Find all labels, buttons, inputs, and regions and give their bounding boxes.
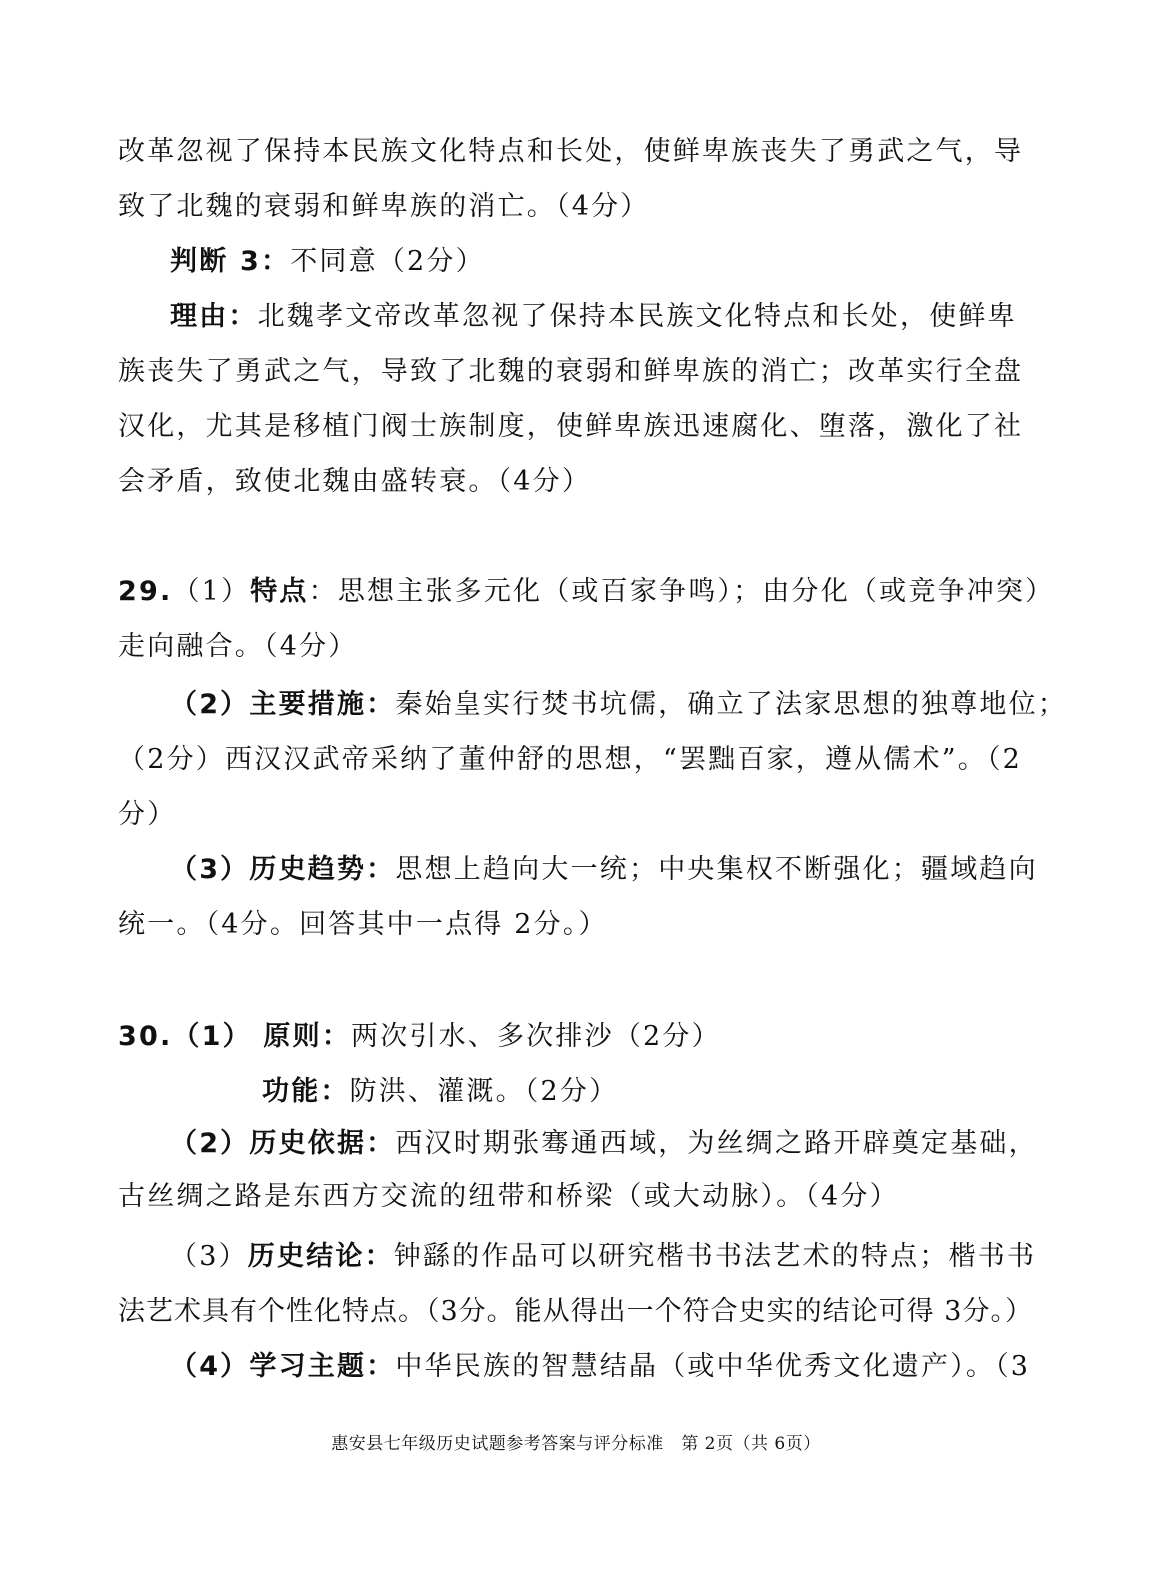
line-text: 秦始皇实行焚书坑儒，确立了法家思想的独尊地位；: [395, 689, 1067, 720]
text-line: 统一。（4分。回答其中一点得 2分。）: [118, 908, 608, 942]
text-line: 汉化，尤其是移植门阀士族制度，使鲜卑族迅速腐化、堕落，激化了社: [118, 410, 1023, 444]
bold-label: 判断 3：: [170, 246, 290, 277]
question-30-2: （2）历史依据：西汉时期张骞通西域，为丝绸之路开辟奠定基础，: [170, 1127, 1038, 1161]
line-text: 西汉时期张骞通西域，为丝绸之路开辟奠定基础，: [395, 1128, 1037, 1159]
bold-label: 历史结论：: [248, 1241, 394, 1272]
line-text: 族丧失了勇武之气，导致了北魏的衰弱和鲜卑族的消亡；改革实行全盘: [118, 356, 1023, 387]
judgement-3: 判断 3：不同意（2分）: [170, 245, 485, 279]
question-number: 29.: [118, 576, 172, 607]
function-line: 功能：防洪、灌溉。（2分）: [262, 1075, 618, 1109]
question-30-4: （4）学习主题：中华民族的智慧结晶（或中华优秀文化遗产）。（3: [170, 1350, 1030, 1384]
text-line: 古丝绸之路是东西方交流的纽带和桥梁（或大动脉）。（4分）: [118, 1180, 899, 1214]
bold-label: 功能：: [262, 1076, 350, 1107]
text-line: 法艺术具有个性化特点。（3分。能从得出一个符合史实的结论可得 3分。）: [118, 1295, 1033, 1329]
line-text: 思想上趋向大一统；中央集权不断强化；疆域趋向: [395, 854, 1037, 885]
line-text: 分）: [118, 799, 176, 830]
line-text: 不同意（2分）: [290, 246, 485, 277]
line-text: 统一。（4分。回答其中一点得 2分。）: [118, 909, 608, 940]
line-text: 致了北魏的衰弱和鲜卑族的消亡。（4分）: [118, 191, 649, 222]
reason: 理由：北魏孝文帝改革忽视了保持本民族文化特点和长处，使鲜卑: [170, 300, 1017, 334]
bold-label: 理由：: [170, 301, 258, 332]
line-text: 会矛盾，致使北魏由盛转衰。（4分）: [118, 466, 591, 497]
text-line: 会矛盾，致使北魏由盛转衰。（4分）: [118, 465, 591, 499]
line-text: （1）: [172, 576, 250, 607]
bold-label: 特点: [250, 576, 308, 607]
line-text: 中华民族的智慧结晶（或中华优秀文化遗产）。（3: [395, 1351, 1030, 1382]
line-text: 钟繇的作品可以研究楷书书法艺术的特点；楷书书: [394, 1241, 1036, 1272]
line-text: 古丝绸之路是东西方交流的纽带和桥梁（或大动脉）。（4分）: [118, 1181, 899, 1212]
line-text: （3）: [170, 1241, 248, 1272]
bold-label: 30.（1） 原则：: [118, 1021, 351, 1052]
line-text: 汉化，尤其是移植门阀士族制度，使鲜卑族迅速腐化、堕落，激化了社: [118, 411, 1023, 442]
question-29-2: （2）主要措施：秦始皇实行焚书坑儒，确立了法家思想的独尊地位；: [170, 688, 1067, 722]
page-footer: 惠安县七年级历史试题参考答案与评分标准 第 2页（共 6页）: [0, 1432, 1152, 1456]
text-line: 致了北魏的衰弱和鲜卑族的消亡。（4分）: [118, 190, 649, 224]
question-30-3: （3）历史结论：钟繇的作品可以研究楷书书法艺术的特点；楷书书: [170, 1240, 1036, 1274]
bold-label: （4）学习主题：: [170, 1351, 395, 1382]
line-text: 防洪、灌溉。（2分）: [350, 1076, 619, 1107]
bold-label: （2）主要措施：: [170, 689, 395, 720]
text-line: 族丧失了勇武之气，导致了北魏的衰弱和鲜卑族的消亡；改革实行全盘: [118, 355, 1023, 389]
line-text: 两次引水、多次排沙（2分）: [351, 1021, 721, 1052]
line-text: 改革忽视了保持本民族文化特点和长处，使鲜卑族丧失了勇武之气，导: [118, 136, 1023, 167]
text-line: 分）: [118, 798, 176, 832]
line-text: ：思想主张多元化（或百家争鸣）；由分化（或竞争冲突）: [309, 576, 1055, 607]
text-line: 走向融合。（4分）: [118, 630, 357, 664]
document-page: 改革忽视了保持本民族文化特点和长处，使鲜卑族丧失了勇武之气，导 致了北魏的衰弱和…: [0, 0, 1152, 1595]
line-text: 北魏孝文帝改革忽视了保持本民族文化特点和长处，使鲜卑: [258, 301, 1017, 332]
bold-label: （2）历史依据：: [170, 1128, 395, 1159]
line-text: （2分）西汉汉武帝采纳了董仲舒的思想，“罢黜百家，遵从儒术”。（2: [118, 744, 1022, 775]
line-text: 法艺术具有个性化特点。（3分。能从得出一个符合史实的结论可得 3分。）: [118, 1296, 1033, 1327]
question-29-1: 29.（1）特点：思想主张多元化（或百家争鸣）；由分化（或竞争冲突）: [118, 575, 1054, 609]
bold-label: （3）历史趋势：: [170, 854, 395, 885]
text-line: （2分）西汉汉武帝采纳了董仲舒的思想，“罢黜百家，遵从儒术”。（2: [118, 743, 1022, 777]
text-line: 改革忽视了保持本民族文化特点和长处，使鲜卑族丧失了勇武之气，导: [118, 135, 1023, 169]
question-29-3: （3）历史趋势：思想上趋向大一统；中央集权不断强化；疆域趋向: [170, 853, 1038, 887]
question-30-1: 30.（1） 原则：两次引水、多次排沙（2分）: [118, 1020, 721, 1054]
line-text: 走向融合。（4分）: [118, 631, 357, 662]
